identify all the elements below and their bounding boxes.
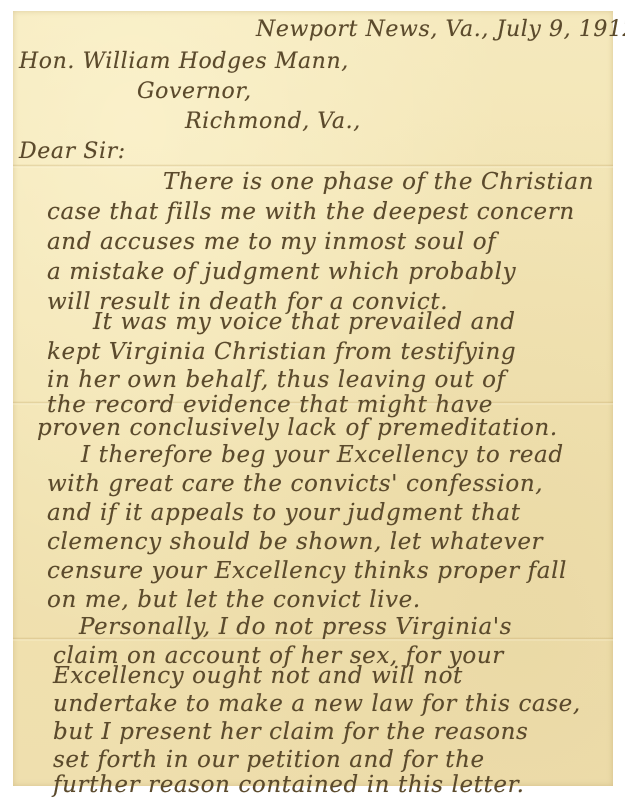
letter-line: on me, but let the convict live.: [47, 589, 421, 612]
letter-line: the record evidence that might have: [47, 394, 493, 417]
recipient-title: Governor,: [137, 81, 252, 103]
letter-line: proven conclusively lack of premeditatio…: [37, 417, 558, 440]
dateline: Newport News, Va., July 9, 1912.: [256, 19, 625, 41]
letter-line: case that fills me with the deepest conc…: [47, 201, 575, 224]
letter-line: and accuses me to my inmost soul of: [47, 231, 496, 254]
recipient-city: Richmond, Va.,: [185, 111, 361, 133]
letter-line: Excellency ought not and will not: [53, 665, 463, 688]
letter-line: with great care the convicts' confession…: [47, 473, 543, 496]
letter-line: undertake to make a new law for this cas…: [53, 693, 581, 716]
letter-line: I therefore beg your Excellency to read: [81, 444, 564, 467]
letter-line: further reason contained in this letter.: [53, 774, 525, 797]
letter-line: kept Virginia Christian from testifying: [47, 341, 516, 364]
letter-line: a mistake of judgment which probably: [47, 261, 516, 284]
letter-line: Personally, I do not press Virginia's: [79, 616, 512, 639]
recipient-name: Hon. William Hodges Mann,: [19, 51, 349, 73]
letter-line: clemency should be shown, let whatever: [47, 531, 543, 554]
letter-paper: Newport News, Va., July 9, 1912. Hon. Wi…: [13, 11, 613, 786]
salutation: Dear Sir:: [19, 141, 126, 163]
letter-line: censure your Excellency thinks proper fa…: [47, 560, 567, 583]
fold-crease-top: [13, 164, 613, 168]
letter-line: and if it appeals to your judgment that: [47, 502, 521, 525]
letter-line: It was my voice that prevailed and: [93, 311, 516, 334]
letter-line: but I present her claim for the reasons: [53, 721, 528, 744]
letter-line: in her own behalf, thus leaving out of: [47, 369, 506, 392]
letter-line: set forth in our petition and for the: [53, 749, 485, 772]
letter-line: There is one phase of the Christian: [163, 171, 594, 194]
